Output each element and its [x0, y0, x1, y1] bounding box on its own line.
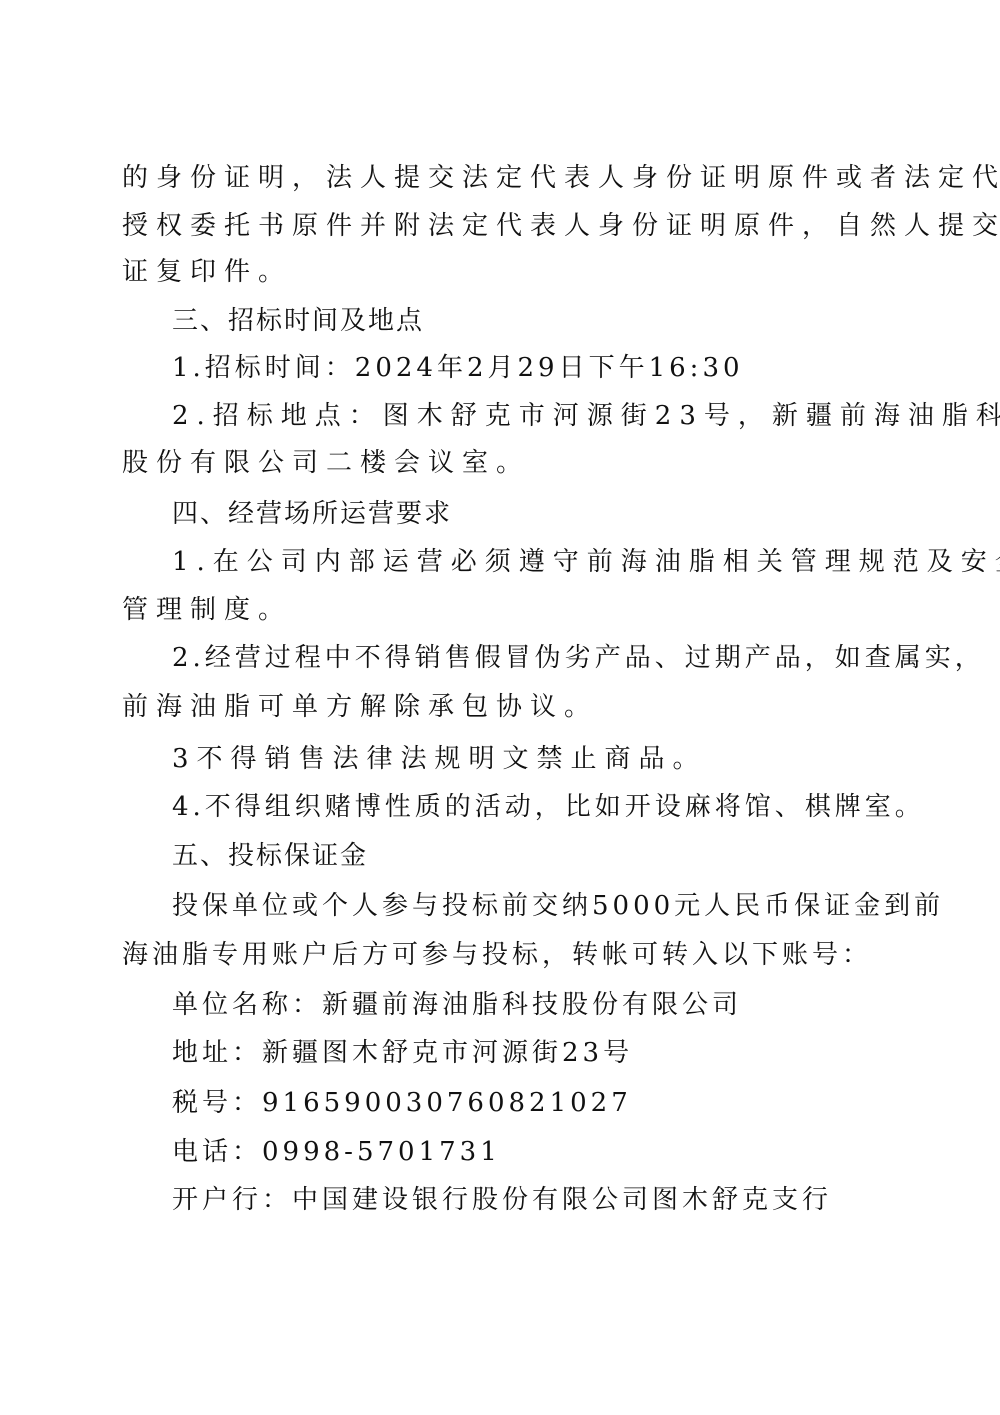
account-address: 地址：新疆图木舒克市河源街23号: [172, 1036, 912, 1070]
account-bank: 开户行：中国建设银行股份有限公司图木舒克支行: [172, 1183, 912, 1217]
section-4-item-4: 4.不得组织赌博性质的活动，比如开设麻将馆、棋牌室。: [172, 790, 912, 824]
id-proof-line-2: 授权委托书原件并附法定代表人身份证明原件，自然人提交身份: [122, 209, 862, 243]
section-3-heading: 三、招标时间及地点: [172, 304, 912, 338]
account-phone: 电话：0998-5701731: [172, 1135, 912, 1169]
section-4-item-2-line-2: 前海油脂可单方解除承包协议。: [122, 690, 862, 724]
section-3-item-1: 1.招标时间：2024年2月29日下午16:30: [172, 351, 912, 385]
id-proof-line-3: 证复印件。: [122, 255, 862, 289]
section-4-item-2-line-1: 2.经营过程中不得销售假冒伪劣产品、过期产品，如查属实，: [172, 641, 912, 675]
section-5-heading: 五、投标保证金: [172, 839, 912, 873]
section-3-item-2-line-2: 股份有限公司二楼会议室。: [122, 446, 862, 480]
section-3-item-2-line-1: 2.招标地点：图木舒克市河源街23号，新疆前海油脂科技: [172, 399, 912, 433]
section-4-item-1-line-1: 1.在公司内部运营必须遵守前海油脂相关管理规范及安全: [172, 545, 912, 579]
section-4-heading: 四、经营场所运营要求: [172, 497, 912, 531]
section-5-body-line-2: 海油脂专用账户后方可参与投标，转帐可转入以下账号：: [122, 938, 862, 972]
section-4-item-3: 3不得销售法律法规明文禁止商品。: [172, 742, 912, 776]
document-page: 的身份证明，法人提交法定代表人身份证明原件或者法定代表人 授权委托书原件并附法定…: [0, 0, 1000, 1415]
id-proof-line-1: 的身份证明，法人提交法定代表人身份证明原件或者法定代表人: [122, 161, 862, 195]
section-5-body-line-1: 投保单位或个人参与投标前交纳5000元人民币保证金到前: [172, 889, 912, 923]
account-tax-id: 税号：91659003076082102​7: [172, 1086, 912, 1120]
account-name: 单位名称：新疆前海油脂科技股份有限公司: [172, 988, 912, 1022]
section-4-item-1-line-2: 管理制度。: [122, 593, 862, 627]
